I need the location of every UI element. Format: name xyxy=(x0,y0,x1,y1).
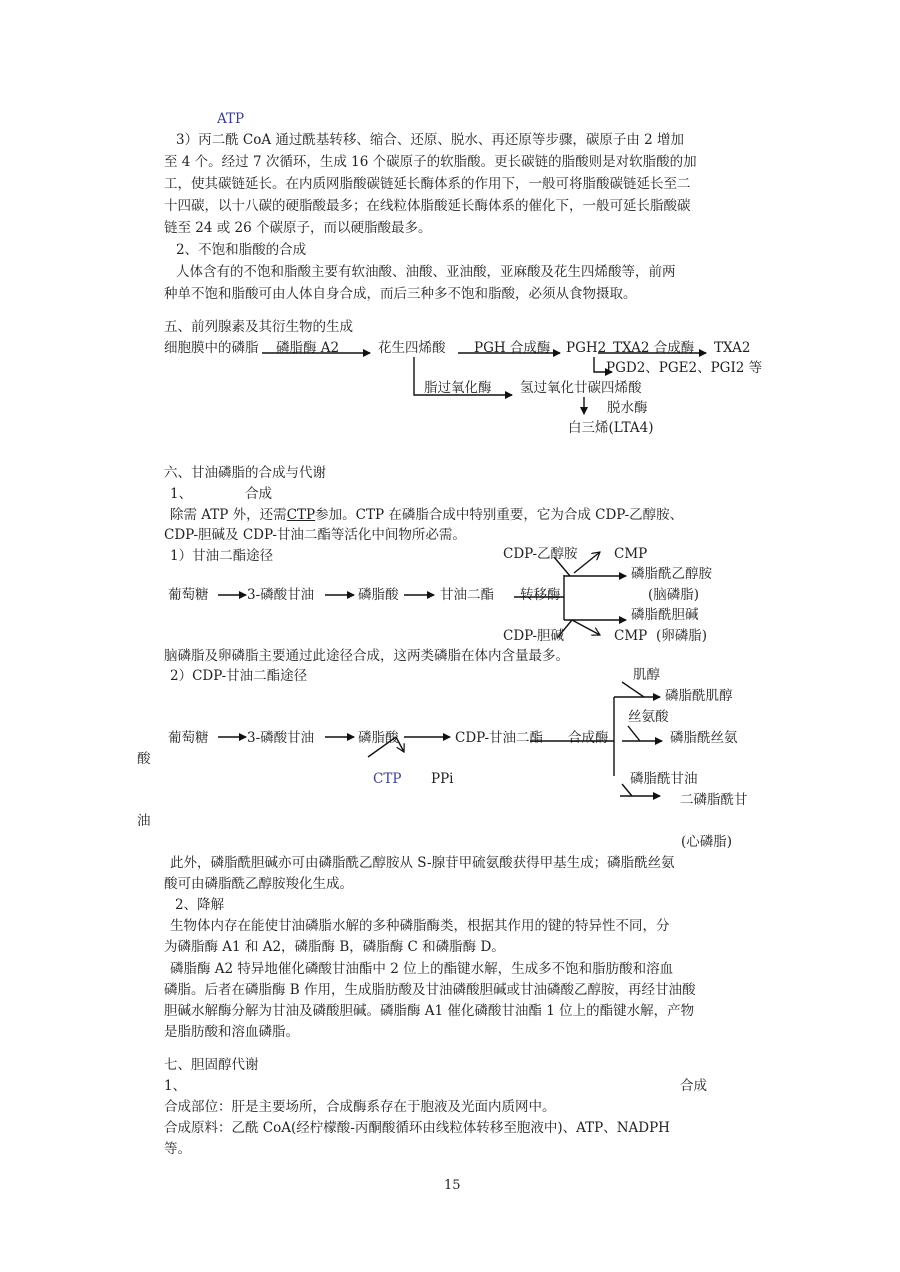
diagram-arrows xyxy=(0,0,900,1272)
